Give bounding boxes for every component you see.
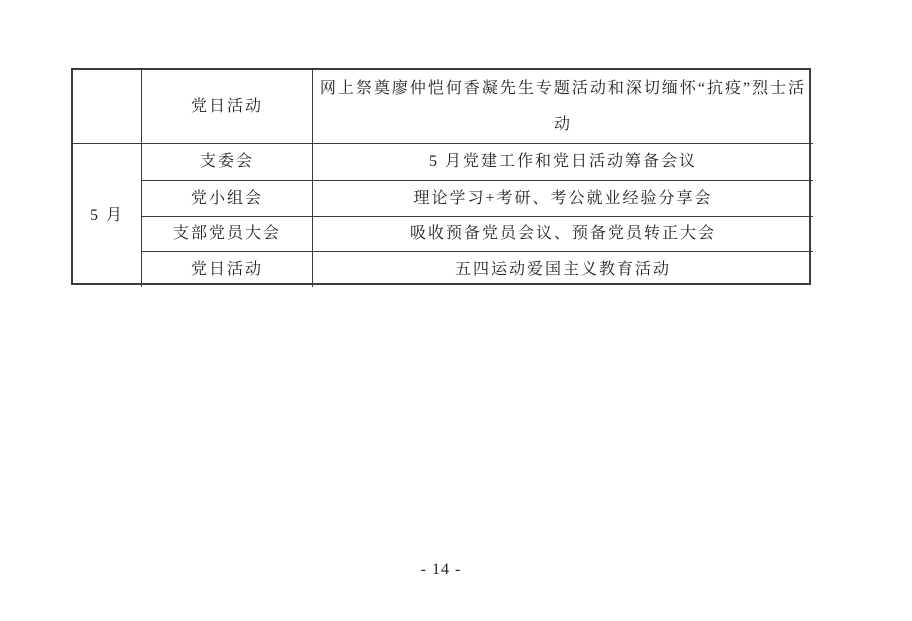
activity-content-cell: 理论学习+考研、考公就业经验分享会	[313, 181, 813, 217]
activity-type-cell: 党日活动	[142, 252, 313, 287]
activity-type-cell: 支委会	[142, 144, 313, 181]
document-page: 党日活动 网上祭奠廖仲恺何香凝先生专题活动和深切缅怀“抗疫”烈士活动 5 月 支…	[0, 0, 912, 621]
month-cell-empty	[73, 70, 142, 144]
activity-type-cell: 党小组会	[142, 181, 313, 217]
activity-content-cell: 吸收预备党员会议、预备党员转正大会	[313, 217, 813, 252]
activity-type-cell: 党日活动	[142, 70, 313, 144]
month-cell-may: 5 月	[73, 144, 142, 287]
page-number: - 14 -	[71, 559, 811, 581]
activity-content-cell: 5 月党建工作和党日活动筹备会议	[313, 144, 813, 181]
activity-schedule-table: 党日活动 网上祭奠廖仲恺何香凝先生专题活动和深切缅怀“抗疫”烈士活动 5 月 支…	[71, 68, 811, 285]
activity-content-cell: 五四运动爱国主义教育活动	[313, 252, 813, 287]
activity-type-cell: 支部党员大会	[142, 217, 313, 252]
activity-content-cell: 网上祭奠廖仲恺何香凝先生专题活动和深切缅怀“抗疫”烈士活动	[313, 70, 813, 144]
